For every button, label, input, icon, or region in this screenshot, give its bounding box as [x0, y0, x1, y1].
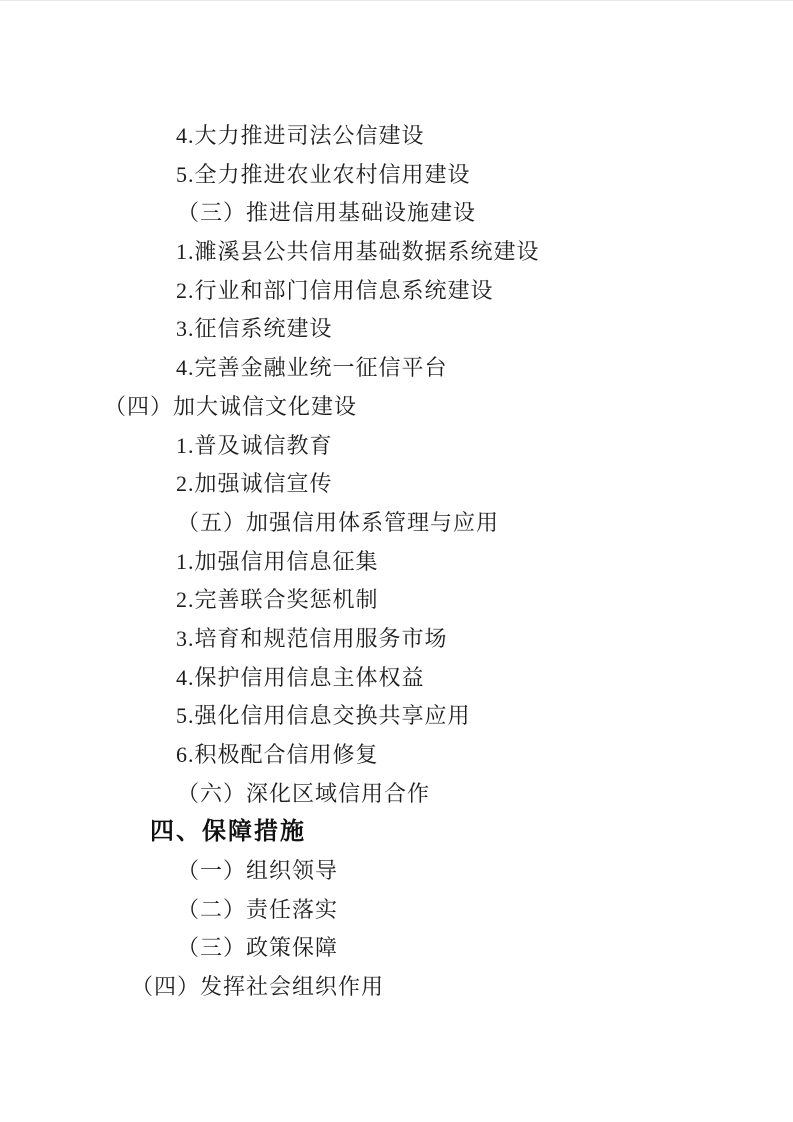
outline-item: 5.强化信用信息交换共享应用 [0, 697, 793, 736]
document-outline: 4.大力推进司法公信建设 5.全力推进农业农村信用建设 （三）推进信用基础设施建… [0, 1, 793, 1007]
outline-item: 6.积极配合信用修复 [0, 736, 793, 775]
outline-item: 4.大力推进司法公信建设 [0, 117, 793, 156]
outline-item: 1.加强信用信息征集 [0, 543, 793, 582]
outline-item: （三）推进信用基础设施建设 [0, 194, 793, 233]
outline-item: （四）加大诚信文化建设 [0, 388, 793, 427]
outline-item: 5.全力推进农业农村信用建设 [0, 156, 793, 195]
outline-item: 2.行业和部门信用信息系统建设 [0, 272, 793, 311]
outline-item: （五）加强信用体系管理与应用 [0, 504, 793, 543]
outline-item: 3.征信系统建设 [0, 310, 793, 349]
document-page: 4.大力推进司法公信建设 5.全力推进农业农村信用建设 （三）推进信用基础设施建… [0, 0, 793, 1122]
outline-item: （六）深化区域信用合作 [0, 775, 793, 814]
outline-item: （二）责任落实 [0, 891, 793, 930]
outline-item: 4.保护信用信息主体权益 [0, 659, 793, 698]
outline-item: 3.培育和规范信用服务市场 [0, 620, 793, 659]
outline-item: （三）政策保障 [0, 929, 793, 968]
outline-item: 4.完善金融业统一征信平台 [0, 349, 793, 388]
outline-item: 1.普及诚信教育 [0, 427, 793, 466]
outline-item: （四）发挥社会组织作用 [0, 968, 793, 1007]
outline-item: 2.加强诚信宣传 [0, 465, 793, 504]
outline-item: 1.濉溪县公共信用基础数据系统建设 [0, 233, 793, 272]
outline-item: 2.完善联合奖惩机制 [0, 581, 793, 620]
section-heading: 四、保障措施 [0, 813, 793, 852]
outline-item: （一）组织领导 [0, 852, 793, 891]
